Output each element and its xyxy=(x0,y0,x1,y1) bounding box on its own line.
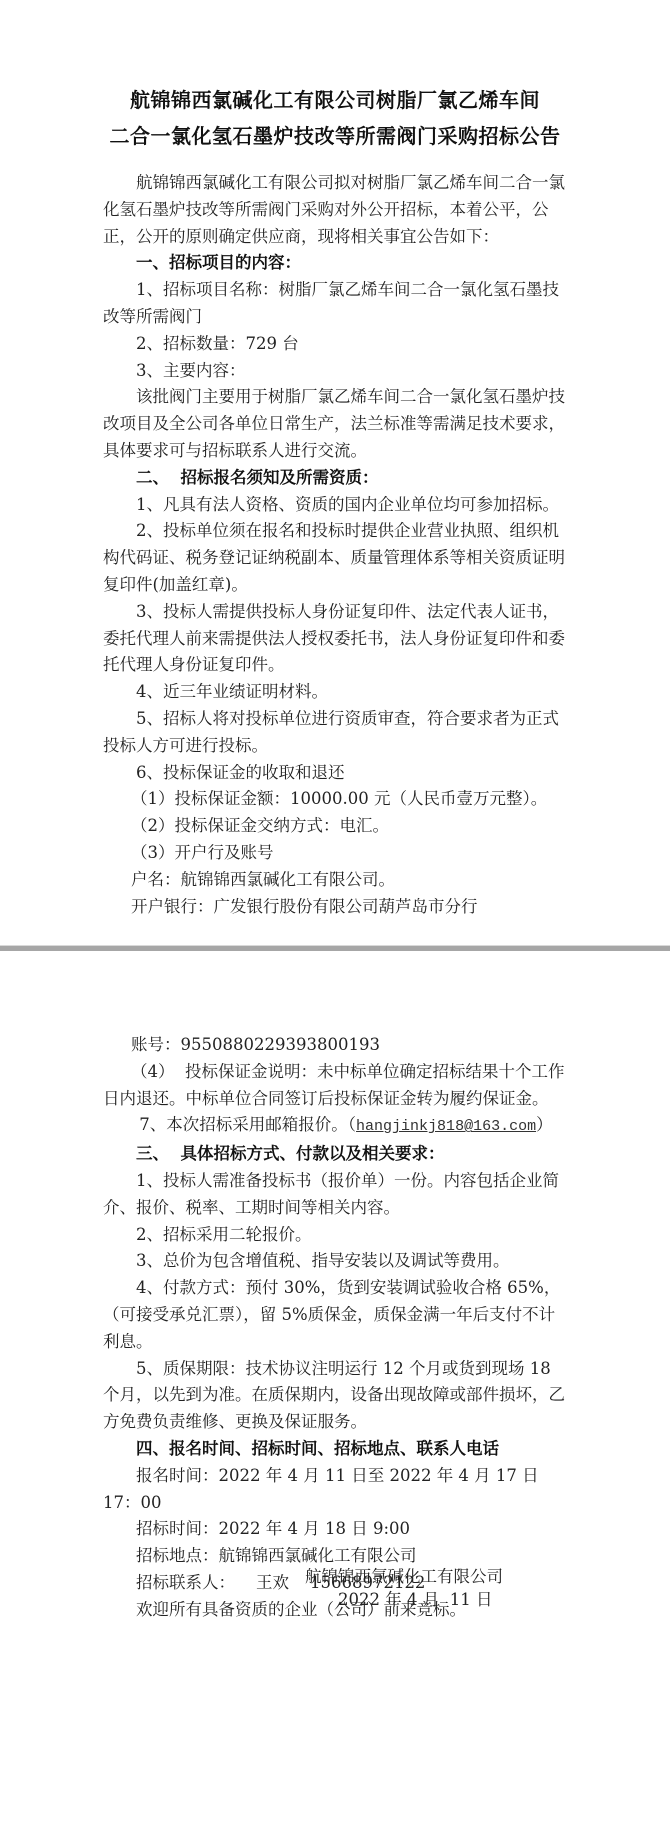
section-2-item-1: 1、凡具有法人资格、资质的国内企业单位均可参加招标。 xyxy=(103,492,571,519)
account-name: 户名：航锦锦西氯碱化工有限公司。 xyxy=(103,867,571,894)
section-1-item-3: 3、主要内容： xyxy=(103,358,571,385)
section-2-heading: 二、 招标报名须知及所需资质： xyxy=(103,465,571,492)
intro-paragraph: 航锦锦西氯碱化工有限公司拟对树脂厂氯乙烯车间二合一氯化氢石墨炉技改等所需阀门采购… xyxy=(103,170,571,250)
section-3-item-2: 2、招标采用二轮报价。 xyxy=(103,1222,571,1249)
section-2-item-2: 2、投标单位须在报名和投标时提供企业营业执照、组织机构代码证、税务登记证纳税副本… xyxy=(103,518,571,598)
bank-and-account-heading: （3）开户行及账号 xyxy=(103,840,571,867)
section-2-item-7: 7、本次招标采用邮箱报价。（hangjinkj818@163.com） xyxy=(103,1112,571,1141)
section-3-item-1: 1、投标人需准备投标书（报价单）一份。内容包括企业简介、报价、税率、工期时间等相… xyxy=(103,1168,571,1222)
welcome-note: 欢迎所有具备资质的企业（公司）前来竞标。 xyxy=(103,1597,571,1624)
page-1-body: 航锦锦西氯碱化工有限公司拟对树脂厂氯乙烯车间二合一氯化氢石墨炉技改等所需阀门采购… xyxy=(103,170,571,920)
section-4-heading: 四、报名时间、招标时间、招标地点、联系人电话 xyxy=(103,1436,571,1463)
section-2-item-5: 5、招标人将对投标单位进行资质审查，符合要求者为正式投标人方可进行投标。 xyxy=(103,706,571,760)
section-3-item-3: 3、总价为包含增值税、指导安装以及调试等费用。 xyxy=(103,1248,571,1275)
section-3-item-5: 5、质保期限：技术协议注明运行 12 个月或货到现场 18 个月，以先到为准。在… xyxy=(103,1356,571,1436)
bid-time: 招标时间：2022 年 4 月 18 日 9:00 xyxy=(103,1516,571,1543)
page-1: 航锦锦西氯碱化工有限公司树脂厂氯乙烯车间 二合一氯化氢石墨炉技改等所需阀门采购招… xyxy=(0,0,670,945)
page-2-body: 账号：9550880229393800193 （4） 投标保证金说明：未中标单位… xyxy=(103,1032,571,1624)
section-2-item-4: 4、近三年业绩证明材料。 xyxy=(103,679,571,706)
section-3-item-4: 4、付款方式：预付 30%，货到安装调试验收合格 65%，（可接受承兑汇票），留… xyxy=(103,1275,571,1355)
item-7-prefix: 7、本次招标采用邮箱报价。（ xyxy=(139,1115,356,1134)
deposit-amount: （1）投标保证金额：10000.00 元（人民币壹万元整）。 xyxy=(103,786,571,813)
section-2-item-3: 3、投标人需提供投标人身份证复印件、法定代表人证书，委托代理人前来需提供法人授权… xyxy=(103,599,571,679)
signature-date: 2022 年 4 月 11 日 xyxy=(338,1588,492,1611)
document-title-line-2: 二合一氯化氢石墨炉技改等所需阀门采购招标公告 xyxy=(0,118,670,154)
deposit-payment-method: （2）投标保证金交纳方式：电汇。 xyxy=(103,813,571,840)
page-2: 账号：9550880229393800193 （4） 投标保证金说明：未中标单位… xyxy=(0,951,670,1821)
section-1-item-3-detail: 该批阀门主要用于树脂厂氯乙烯车间二合一氯化氢石墨炉技改项目及全公司各单位日常生产… xyxy=(103,384,571,464)
account-number: 账号：9550880229393800193 xyxy=(103,1032,571,1059)
registration-time: 报名时间：2022 年 4 月 11 日至 2022 年 4 月 17 日 17… xyxy=(103,1463,571,1517)
item-7-suffix: ） xyxy=(536,1115,553,1134)
deposit-explanation: （4） 投标保证金说明：未中标单位确定招标结果十个工作日内退还。中标单位合同签订… xyxy=(103,1059,571,1113)
email-link[interactable]: hangjinkj818@163.com xyxy=(356,1118,536,1135)
signature-company: 航锦锦西氯碱化工有限公司 xyxy=(305,1565,503,1588)
bank-name: 开户银行：广发银行股份有限公司葫芦岛市分行 xyxy=(103,894,571,921)
section-1-heading: 一、招标项目的内容： xyxy=(103,250,571,277)
section-3-heading: 三、 具体招标方式、付款以及相关要求： xyxy=(103,1141,571,1168)
section-1-item-2: 2、招标数量：729 台 xyxy=(103,331,571,358)
section-2-item-6: 6、投标保证金的收取和退还 xyxy=(103,760,571,787)
section-1-item-1: 1、招标项目名称：树脂厂氯乙烯车间二合一氯化氢石墨技改等所需阀门 xyxy=(103,277,571,331)
document-title-line-1: 航锦锦西氯碱化工有限公司树脂厂氯乙烯车间 xyxy=(0,82,670,118)
